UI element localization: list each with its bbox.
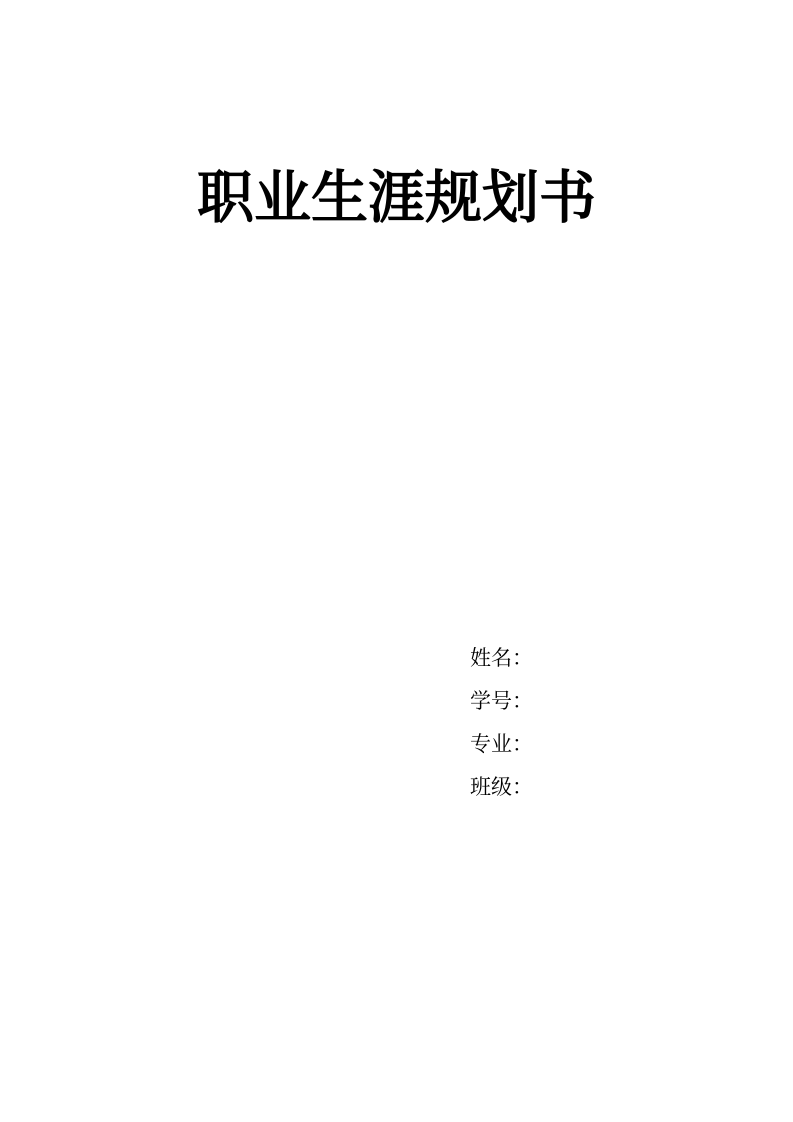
field-label-class: 班级： (470, 766, 533, 809)
field-label-major: 专业： (470, 723, 533, 766)
document-title: 职业生涯规划书 (0, 166, 793, 232)
field-label-student-id: 学号： (470, 680, 533, 723)
document-page: 职业生涯规划书 姓名： 学号： 专业： 班级： (0, 0, 793, 1122)
cover-info-fields: 姓名： 学号： 专业： 班级： (470, 637, 533, 809)
field-label-name: 姓名： (470, 637, 533, 680)
